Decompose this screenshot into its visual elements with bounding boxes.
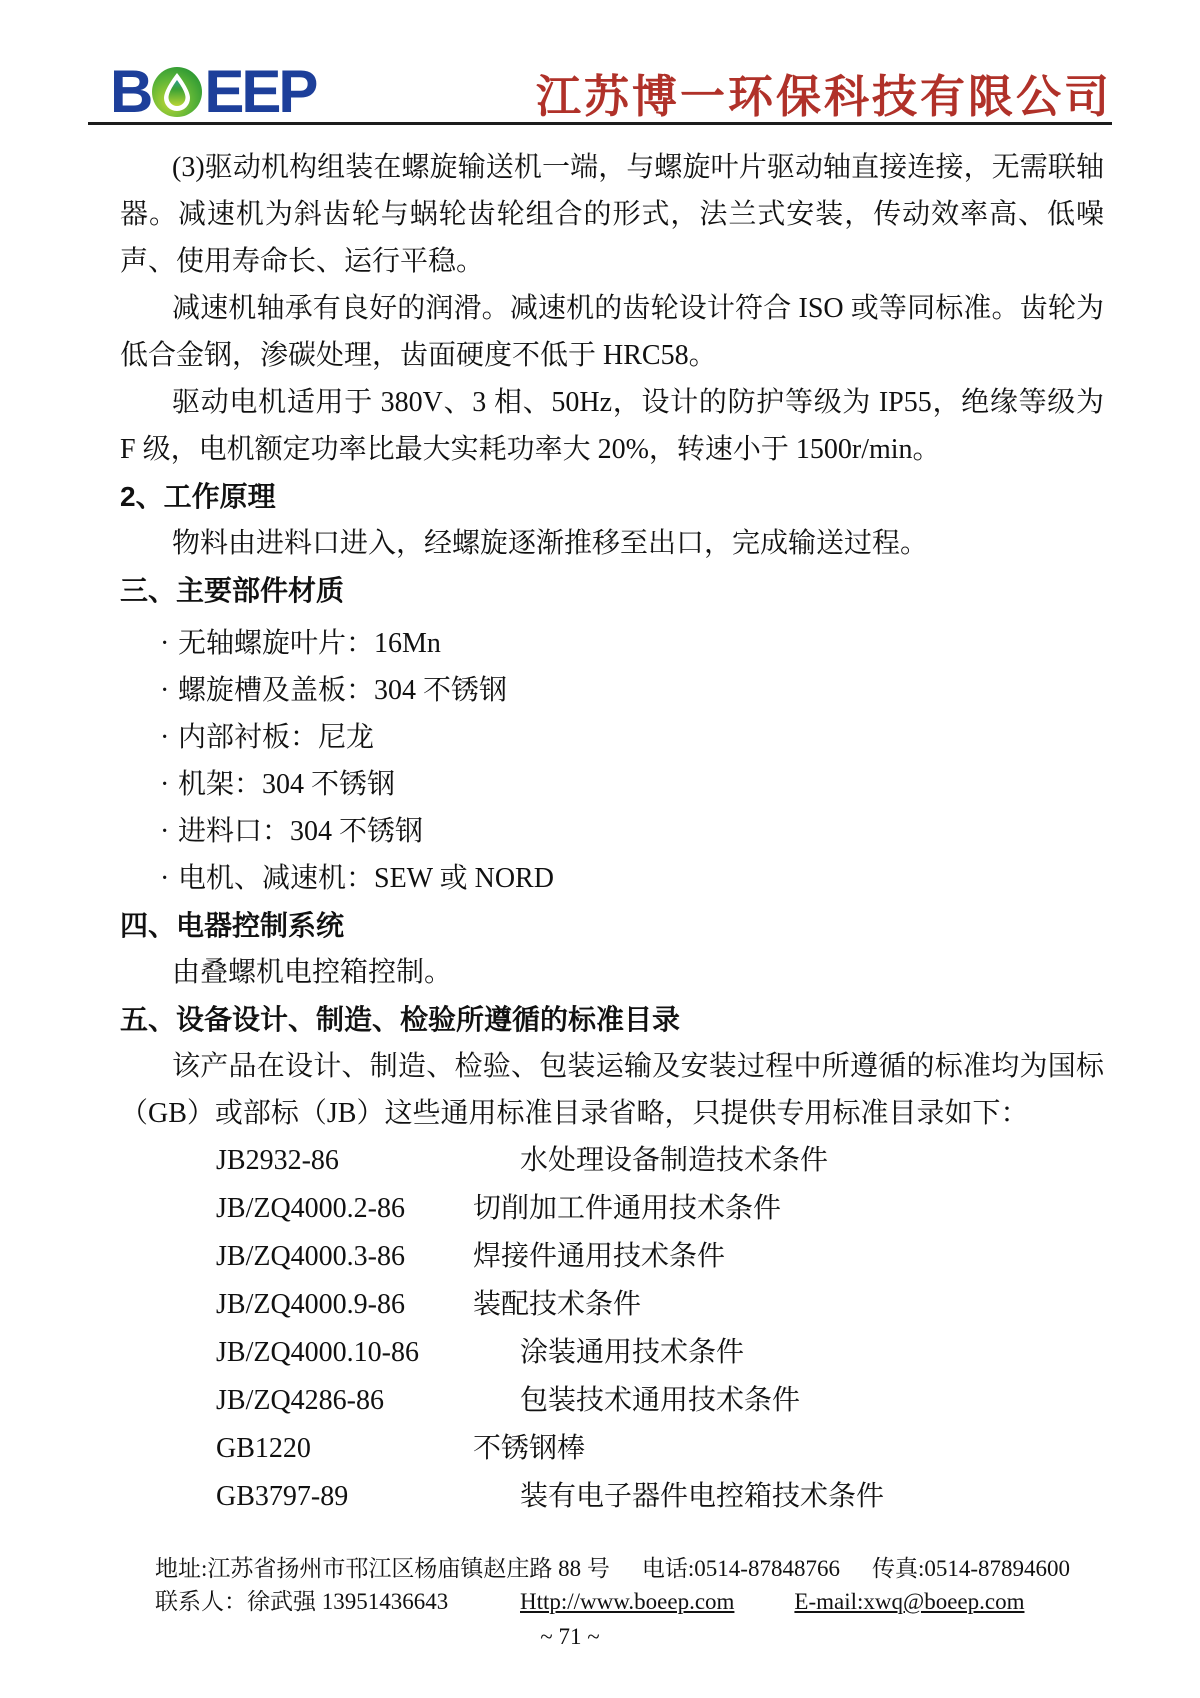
paragraph-drive-motor: 驱动电机适用于 380V、3 相、50Hz，设计的防护等级为 IP55，绝缘等级… bbox=[120, 379, 1104, 473]
footer-phone: 电话:0514-87848766 bbox=[642, 1552, 840, 1585]
standard-desc: 水处理设备制造技术条件 bbox=[520, 1137, 828, 1185]
material-list-item: · 电机、减速机：SEW 或 NORD bbox=[160, 855, 1104, 902]
water-drop-icon bbox=[151, 66, 203, 118]
section-heading-working-principle: 2、工作原理 bbox=[120, 473, 1104, 520]
footer-contact-row-2: 联系人：徐武强 13951436643 Http://www.boeep.com… bbox=[155, 1585, 1140, 1618]
material-list-item: · 螺旋槽及盖板：304 不锈钢 bbox=[160, 667, 1104, 714]
bullet-dot-icon: · bbox=[160, 855, 178, 902]
paragraph-electric-control: 由叠螺机电控箱控制。 bbox=[120, 949, 1104, 996]
standards-list: JB2932-86 水处理设备制造技术条件 JB/ZQ4000.2-86 切削加… bbox=[120, 1137, 1104, 1521]
standard-row: JB/ZQ4000.3-86 焊接件通用技术条件 bbox=[216, 1233, 1104, 1281]
standard-code: GB1220 bbox=[216, 1425, 473, 1473]
material-item-text: 机架：304 不锈钢 bbox=[178, 761, 395, 808]
material-item-text: 无轴螺旋叶片：16Mn bbox=[178, 620, 441, 667]
standard-desc: 焊接件通用技术条件 bbox=[473, 1233, 725, 1281]
document-page: B EEP bbox=[0, 0, 1200, 1698]
standard-row: GB3797-89 装有电子器件电控箱技术条件 bbox=[216, 1473, 1104, 1521]
standard-row: JB2932-86 水处理设备制造技术条件 bbox=[216, 1137, 1104, 1185]
standard-row: GB1220 不锈钢棒 bbox=[216, 1425, 1104, 1473]
material-item-text: 电机、减速机：SEW 或 NORD bbox=[178, 855, 554, 902]
material-list-item: · 进料口：304 不锈钢 bbox=[160, 808, 1104, 855]
footer-contact-person: 联系人：徐武强 13951436643 bbox=[155, 1585, 520, 1618]
material-list-item: · 内部衬板：尼龙 bbox=[160, 714, 1104, 761]
footer-contact-row-1: 地址:江苏省扬州市邗江区杨庙镇赵庄路 88 号 电话:0514-87848766… bbox=[155, 1552, 1140, 1585]
material-item-text: 进料口：304 不锈钢 bbox=[178, 808, 423, 855]
logo-letter-b: B bbox=[110, 66, 150, 118]
document-body: (3)驱动机构组装在螺旋输送机一端，与螺旋叶片驱动轴直接连接，无需联轴器。减速机… bbox=[120, 130, 1104, 1521]
footer-website-link[interactable]: Http://www.boeep.com bbox=[520, 1585, 734, 1618]
material-item-text: 螺旋槽及盖板：304 不锈钢 bbox=[178, 667, 507, 714]
paragraph-standards-intro: 该产品在设计、制造、检验、包装运输及安装过程中所遵循的标准均为国标（GB）或部标… bbox=[120, 1043, 1104, 1137]
standard-code: JB/ZQ4286-86 bbox=[216, 1377, 473, 1425]
standard-code: GB3797-89 bbox=[216, 1473, 473, 1521]
bullet-dot-icon: · bbox=[160, 620, 178, 667]
standard-row: JB/ZQ4286-86 包装技术通用技术条件 bbox=[216, 1377, 1104, 1425]
standard-row: JB/ZQ4000.2-86 切削加工件通用技术条件 bbox=[216, 1185, 1104, 1233]
material-list-item: · 机架：304 不锈钢 bbox=[160, 761, 1104, 808]
standard-row: JB/ZQ4000.10-86 涂装通用技术条件 bbox=[216, 1329, 1104, 1377]
standard-desc: 切削加工件通用技术条件 bbox=[473, 1185, 781, 1233]
material-list: · 无轴螺旋叶片：16Mn · 螺旋槽及盖板：304 不锈钢 · 内部衬板：尼龙… bbox=[160, 620, 1104, 902]
standard-desc: 装有电子器件电控箱技术条件 bbox=[520, 1473, 884, 1521]
paragraph-reducer-bearing: 减速机轴承有良好的润滑。减速机的齿轮设计符合 ISO 或等同标准。齿轮为低合金钢… bbox=[120, 285, 1104, 379]
logo-letters-eep: EEP bbox=[204, 66, 315, 118]
footer-address: 地址:江苏省扬州市邗江区杨庙镇赵庄路 88 号 bbox=[155, 1552, 610, 1585]
section-heading-materials: 三、主要部件材质 bbox=[120, 567, 1104, 614]
standard-code: JB/ZQ4000.9-86 bbox=[216, 1281, 473, 1329]
standard-code: JB2932-86 bbox=[216, 1137, 473, 1185]
section-heading-electric-control: 四、电器控制系统 bbox=[120, 902, 1104, 949]
standard-desc: 装配技术条件 bbox=[473, 1281, 641, 1329]
standard-code: JB/ZQ4000.2-86 bbox=[216, 1185, 473, 1233]
bullet-dot-icon: · bbox=[160, 714, 178, 761]
material-list-item: · 无轴螺旋叶片：16Mn bbox=[160, 620, 1104, 667]
section-heading-standards: 五、设备设计、制造、检验所遵循的标准目录 bbox=[120, 996, 1104, 1043]
standard-code: JB/ZQ4000.3-86 bbox=[216, 1233, 473, 1281]
bullet-dot-icon: · bbox=[160, 667, 178, 714]
standard-desc: 涂装通用技术条件 bbox=[520, 1329, 744, 1377]
bullet-dot-icon: · bbox=[160, 808, 178, 855]
page-header: B EEP bbox=[88, 56, 1112, 125]
standard-code: JB/ZQ4000.10-86 bbox=[216, 1329, 473, 1377]
boeep-logo: B EEP bbox=[110, 66, 315, 122]
page-footer: 地址:江苏省扬州市邗江区杨庙镇赵庄路 88 号 电话:0514-87848766… bbox=[155, 1552, 1140, 1618]
bullet-dot-icon: · bbox=[160, 761, 178, 808]
standard-row: JB/ZQ4000.9-86 装配技术条件 bbox=[216, 1281, 1104, 1329]
footer-fax: 传真:0514-87894600 bbox=[872, 1552, 1070, 1585]
footer-email-link[interactable]: E-mail:xwq@boeep.com bbox=[794, 1585, 1024, 1618]
standard-desc: 不锈钢棒 bbox=[473, 1425, 585, 1473]
page-number: ~ 71 ~ bbox=[0, 1622, 1140, 1652]
company-name: 江苏博一环保科技有限公司 bbox=[536, 74, 1112, 122]
standard-desc: 包装技术通用技术条件 bbox=[520, 1377, 800, 1425]
material-item-text: 内部衬板：尼龙 bbox=[178, 714, 374, 761]
paragraph-working-principle: 物料由进料口进入，经螺旋逐渐推移至出口，完成输送过程。 bbox=[120, 520, 1104, 567]
paragraph-drive-mechanism: (3)驱动机构组装在螺旋输送机一端，与螺旋叶片驱动轴直接连接，无需联轴器。减速机… bbox=[120, 144, 1104, 285]
